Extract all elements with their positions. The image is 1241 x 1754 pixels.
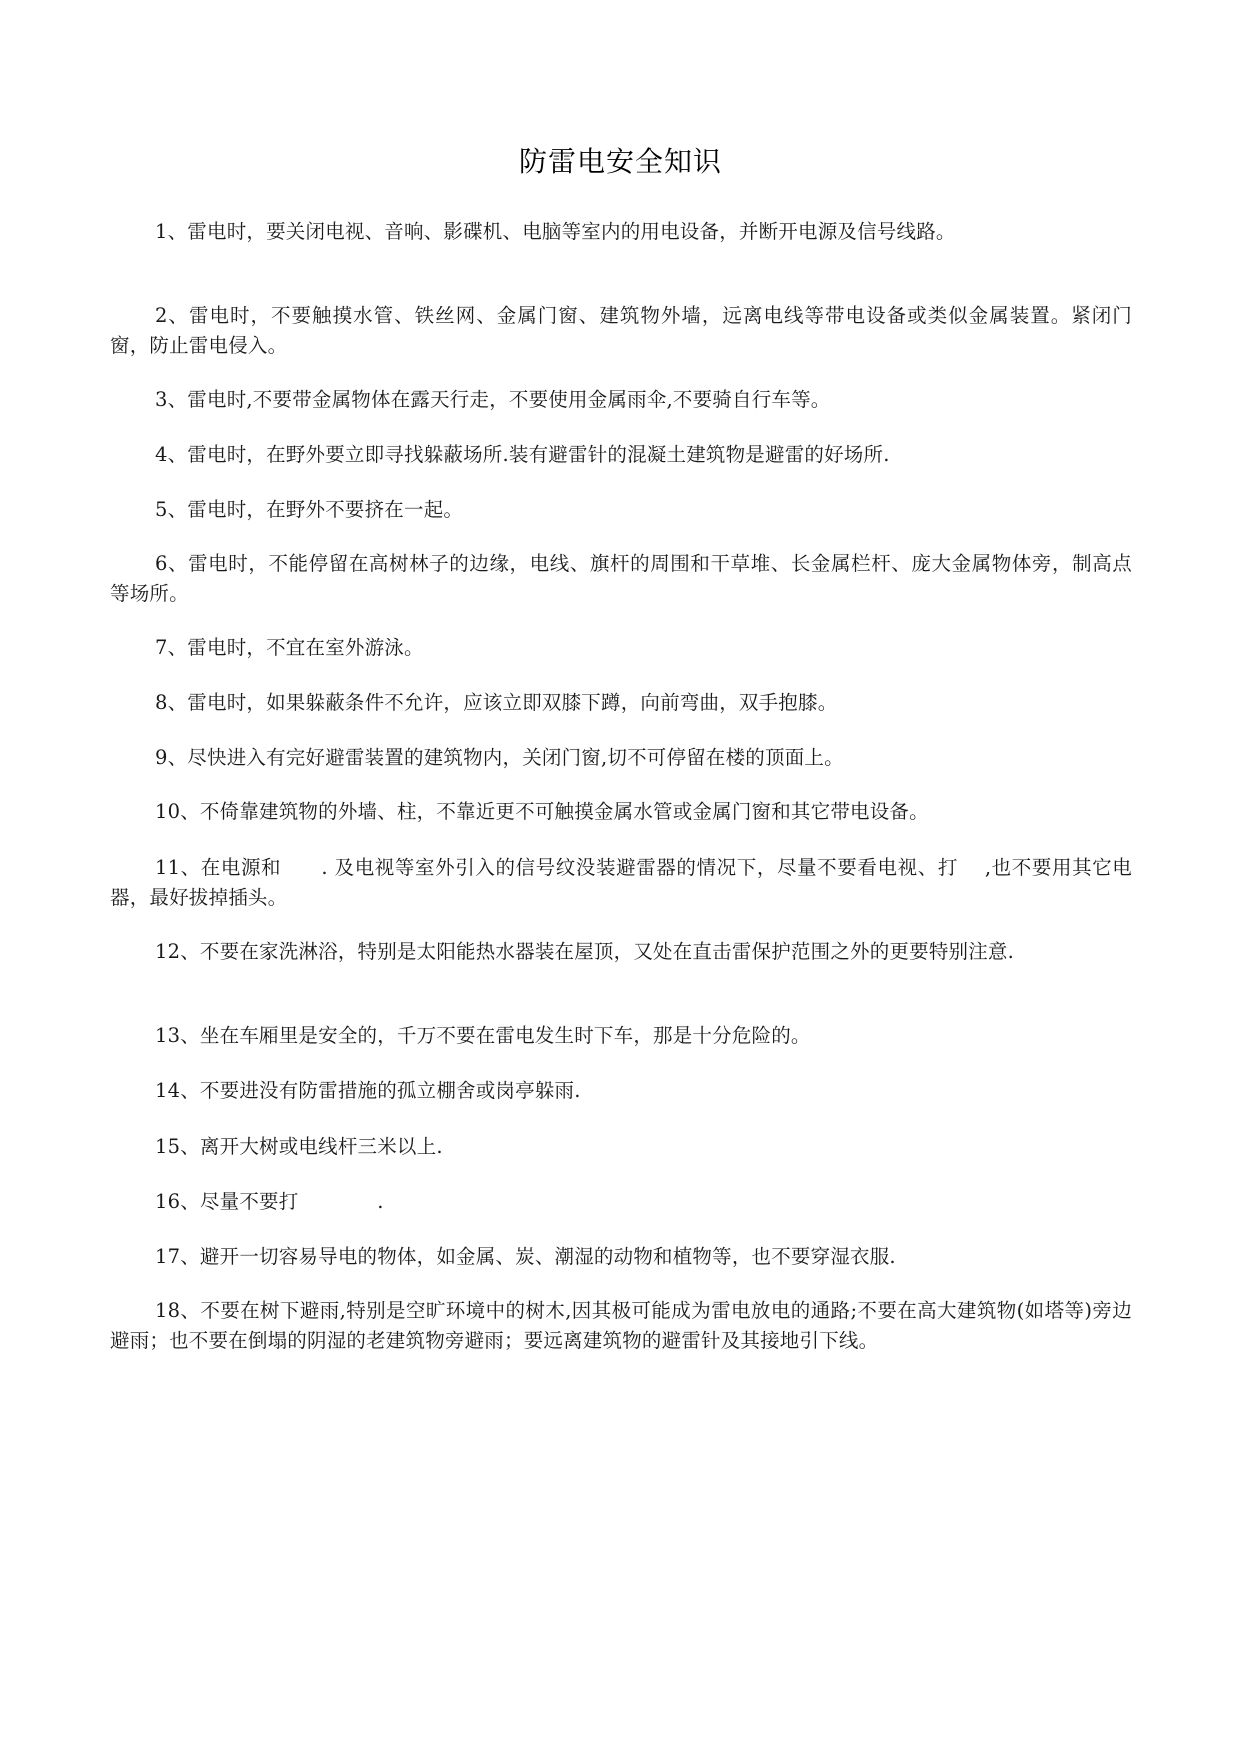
paragraph-16: 16、尽量不要打 . bbox=[110, 1187, 1132, 1217]
paragraph-15: 15、离开大树或电线杆三米以上. bbox=[110, 1132, 1132, 1162]
paragraph-7: 7、雷电时，不宜在室外游泳。 bbox=[110, 633, 1132, 663]
paragraph-5: 5、雷电时，在野外不要挤在一起。 bbox=[110, 495, 1132, 525]
document-page: 防雷电安全知识 1、雷电时，要关闭电视、音响、影碟机、电脑等室内的用电设备，并断… bbox=[0, 0, 1241, 1754]
paragraph-11: 11、在电源和 . 及电视等室外引入的信号纹没装避雷器的情况下，尽量不要看电视、… bbox=[110, 853, 1132, 913]
paragraph-12: 12、不要在家洗淋浴，特别是太阳能热水器装在屋顶，又处在直击雷保护范围之外的更要… bbox=[110, 937, 1132, 967]
paragraph-3: 3、雷电时,不要带金属物体在露天行走，不要使用金属雨伞,不要骑自行车等。 bbox=[110, 385, 1132, 415]
paragraph-17: 17、避开一切容易导电的物体，如金属、炭、潮湿的动物和植物等，也不要穿湿衣服. bbox=[110, 1242, 1132, 1272]
paragraph-2: 2、雷电时，不要触摸水管、铁丝网、金属门窗、建筑物外墙，远离电线等带电设备或类似… bbox=[110, 301, 1132, 361]
paragraph-9: 9、尽快进入有完好避雷装置的建筑物内，关闭门窗,切不可停留在楼的顶面上。 bbox=[110, 743, 1132, 773]
paragraph-6: 6、雷电时，不能停留在高树林子的边缘，电线、旗杆的周围和干草堆、长金属栏杆、庞大… bbox=[110, 549, 1132, 609]
paragraph-8: 8、雷电时，如果躲蔽条件不允许，应该立即双膝下蹲，向前弯曲，双手抱膝。 bbox=[110, 688, 1132, 718]
paragraph-10: 10、不倚靠建筑物的外墙、柱，不靠近更不可触摸金属水管或金属门窗和其它带电设备。 bbox=[110, 797, 1132, 827]
document-title: 防雷电安全知识 bbox=[0, 142, 1241, 182]
paragraph-1: 1、雷电时，要关闭电视、音响、影碟机、电脑等室内的用电设备，并断开电源及信号线路… bbox=[110, 217, 1132, 247]
paragraph-4: 4、雷电时，在野外要立即寻找躲蔽场所.装有避雷针的混凝土建筑物是避雷的好场所. bbox=[110, 440, 1132, 470]
paragraph-13: 13、坐在车厢里是安全的，千万不要在雷电发生时下车，那是十分危险的。 bbox=[110, 1021, 1132, 1051]
paragraph-18: 18、不要在树下避雨,特别是空旷环境中的树木,因其极可能成为雷电放电的通路;不要… bbox=[110, 1296, 1132, 1356]
paragraph-14: 14、不要进没有防雷措施的孤立棚舍或岗亭躲雨. bbox=[110, 1076, 1132, 1106]
